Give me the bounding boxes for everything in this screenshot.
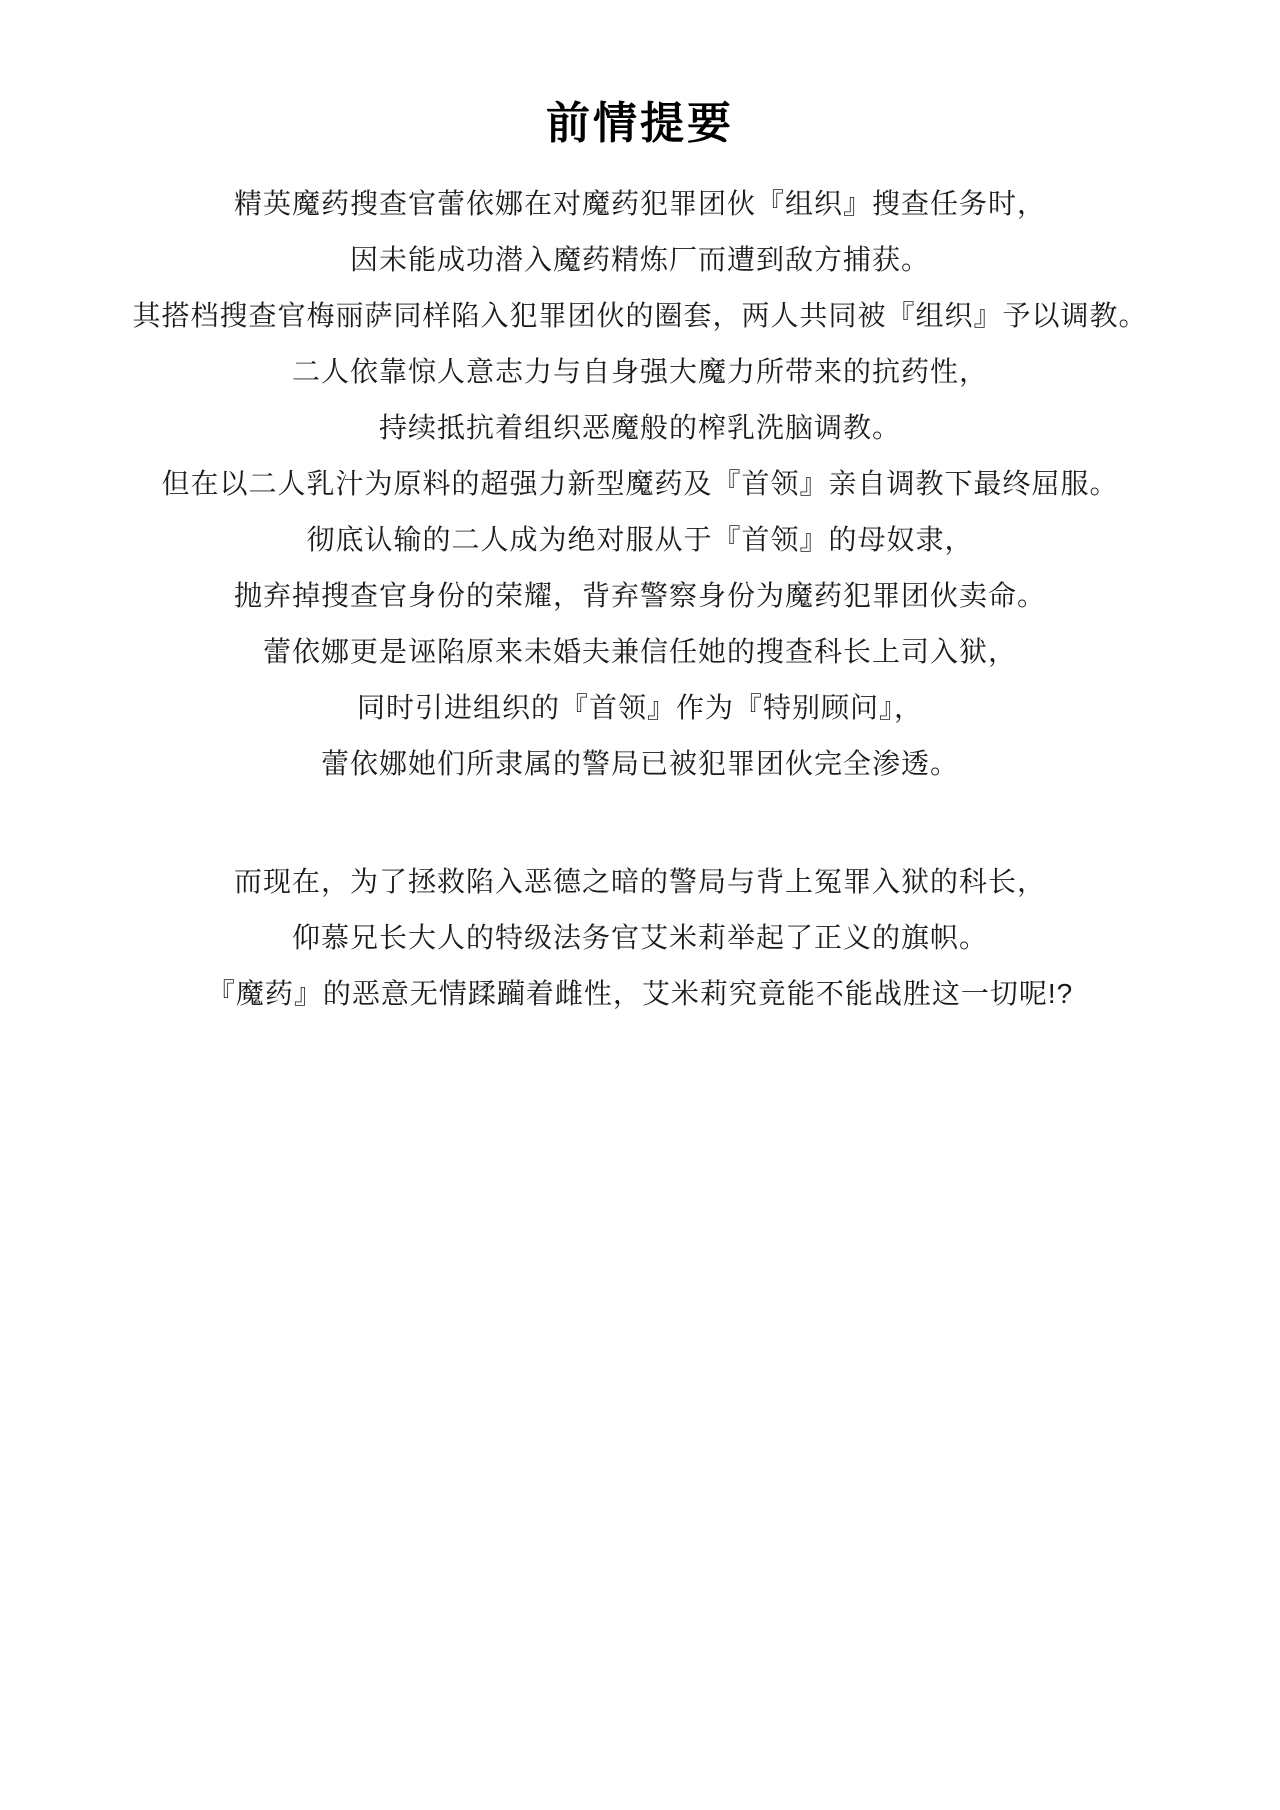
synopsis-line: 持续抵抗着组织恶魔般的榨乳洗脑调教。 xyxy=(0,400,1280,456)
synopsis-page: 前情提要 精英魔药搜查官蕾依娜在对魔药犯罪团伙『组织』搜查任务时， 因未能成功潜… xyxy=(0,0,1280,1810)
synopsis-line: 因未能成功潜入魔药精炼厂而遭到敌方捕获。 xyxy=(0,232,1280,288)
synopsis-line: 『魔药』的恶意无情蹂躏着雌性，艾米莉究竟能不能战胜这一切呢!? xyxy=(0,966,1280,1022)
page-title: 前情提要 xyxy=(0,0,1280,150)
synopsis-line: 蕾依娜她们所隶属的警局已被犯罪团伙完全渗透。 xyxy=(0,736,1280,792)
synopsis-line: 仰慕兄长大人的特级法务官艾米莉举起了正义的旗帜。 xyxy=(0,910,1280,966)
synopsis-line: 二人依靠惊人意志力与自身强大魔力所带来的抗药性， xyxy=(0,344,1280,400)
synopsis-paragraph-2: 而现在，为了拯救陷入恶德之暗的警局与背上冤罪入狱的科长， 仰慕兄长大人的特级法务… xyxy=(0,854,1280,1022)
synopsis-line: 其搭档搜查官梅丽萨同样陷入犯罪团伙的圈套，两人共同被『组织』予以调教。 xyxy=(0,288,1280,344)
synopsis-line: 蕾依娜更是诬陷原来未婚夫兼信任她的搜查科长上司入狱， xyxy=(0,624,1280,680)
synopsis-paragraph-1: 精英魔药搜查官蕾依娜在对魔药犯罪团伙『组织』搜查任务时， 因未能成功潜入魔药精炼… xyxy=(0,176,1280,792)
synopsis-line: 同时引进组织的『首领』作为『特别顾问』， xyxy=(0,680,1280,736)
synopsis-line: 精英魔药搜查官蕾依娜在对魔药犯罪团伙『组织』搜查任务时， xyxy=(0,176,1280,232)
synopsis-line: 彻底认输的二人成为绝对服从于『首领』的母奴隶， xyxy=(0,512,1280,568)
synopsis-line: 而现在，为了拯救陷入恶德之暗的警局与背上冤罪入狱的科长， xyxy=(0,854,1280,910)
synopsis-line: 抛弃掉搜查官身份的荣耀，背弃警察身份为魔药犯罪团伙卖命。 xyxy=(0,568,1280,624)
synopsis-line: 但在以二人乳汁为原料的超强力新型魔药及『首领』亲自调教下最终屈服。 xyxy=(0,456,1280,512)
